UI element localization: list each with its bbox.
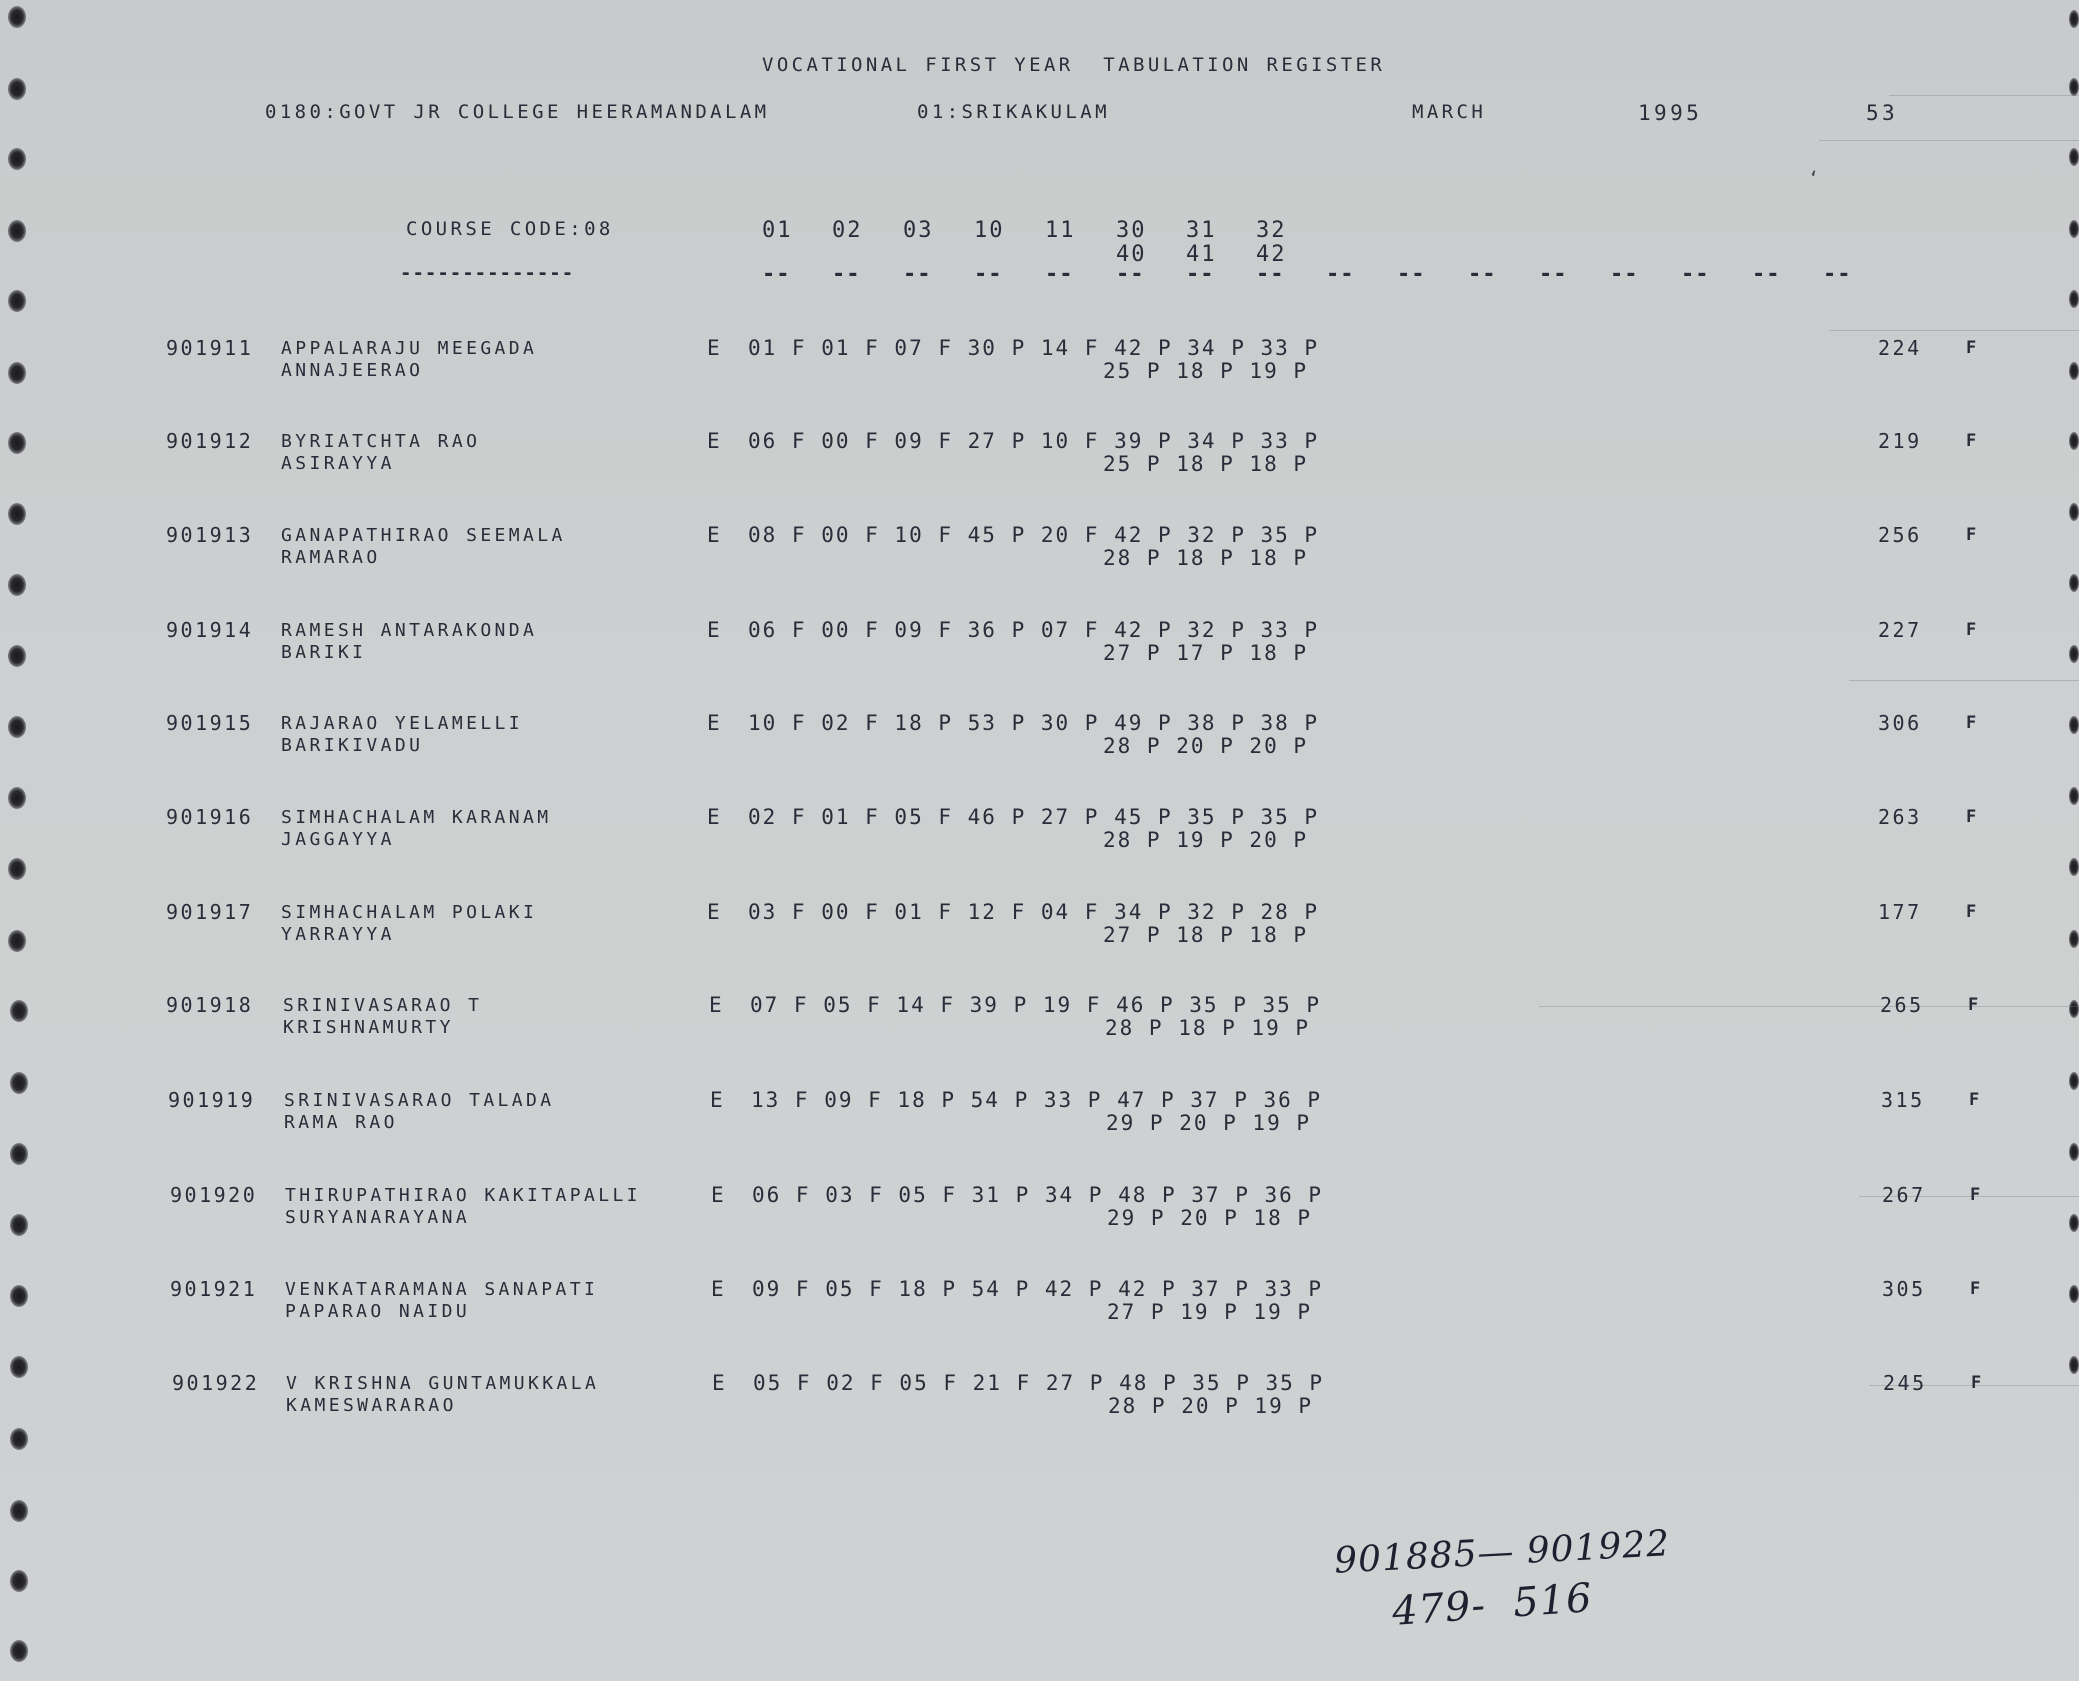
student-row: 901915 RAJARAO YELAMELLI BARIKIVADU E 10… [0, 711, 2079, 771]
marks-line-1: 13 F 09 F 18 P 54 P 33 P 47 P 37 P 36 P [751, 1088, 1322, 1112]
ruled-line [1829, 330, 2079, 331]
marks-line-1: 08 F 00 F 10 F 45 P 20 F 42 P 32 P 35 P [748, 523, 1319, 547]
column-dash: -- [1468, 262, 1497, 287]
feed-hole [2069, 78, 2079, 96]
student-row: 901919 SRINIVASARAO TALADA RAMA RAO E 13… [0, 1088, 2079, 1148]
father-name: JAGGAYYA [281, 829, 395, 850]
column-dash: -- [1116, 262, 1145, 287]
student-name: SIMHACHALAM KARANAM [281, 807, 552, 828]
marks-line-1: 06 F 00 F 09 F 36 P 07 F 42 P 32 P 33 P [748, 618, 1319, 642]
marks-line-2: 28 P 20 P 20 P [1103, 734, 1308, 758]
register-number: 901912 [166, 429, 253, 453]
register-number: 901917 [166, 900, 253, 924]
feed-hole [10, 1428, 28, 1450]
student-row: 901921 VENKATARAMANA SANAPATI PAPARAO NA… [0, 1277, 2079, 1337]
register-number: 901913 [166, 523, 253, 547]
feed-hole [2069, 148, 2079, 166]
medium: E [707, 805, 722, 829]
report-title: VOCATIONAL FIRST YEAR TABULATION REGISTE… [762, 54, 1385, 76]
medium: E [709, 993, 724, 1017]
feed-hole [8, 148, 26, 170]
medium: E [707, 523, 722, 547]
handwritten-range-serial: 479- 516 [1391, 1575, 1594, 1635]
student-row: 901918 SRINIVASARAO T KRISHNAMURTY E 07 … [0, 993, 2079, 1053]
page-number: 53 [1866, 101, 1898, 125]
medium: E [712, 1371, 727, 1395]
result: F [1970, 1279, 1980, 1299]
father-name: RAMARAO [281, 547, 381, 568]
pen-mark: ‘ [1808, 168, 1819, 189]
register-number: 901920 [170, 1183, 257, 1207]
subject-code: 03 [903, 218, 934, 243]
feed-hole [8, 503, 26, 525]
register-number: 901916 [166, 805, 253, 829]
marks-line-1: 10 F 02 F 18 P 53 P 30 P 49 P 38 P 38 P [748, 711, 1319, 735]
register-number: 901919 [168, 1088, 255, 1112]
result: F [1966, 525, 1976, 545]
result: F [1966, 713, 1976, 733]
total-marks: 265 [1880, 993, 1924, 1017]
feed-hole [2069, 10, 2079, 28]
column-dash: -- [1186, 262, 1215, 287]
father-name: PAPARAO NAIDU [285, 1301, 470, 1322]
register-number: 901918 [166, 993, 253, 1017]
column-dash: -- [1256, 262, 1285, 287]
subject-code: 02 [832, 218, 863, 243]
marks-line-1: 06 F 03 F 05 F 31 P 34 P 48 P 37 P 36 P [752, 1183, 1323, 1207]
subject-code: 30 [1116, 218, 1147, 243]
feed-hole [8, 78, 26, 100]
subject-code: 01 [762, 218, 793, 243]
district-name: 01:SRIKAKULAM [917, 101, 1110, 123]
feed-hole [10, 1500, 28, 1522]
total-marks: 224 [1878, 336, 1922, 360]
register-number: 901911 [166, 336, 253, 360]
total-marks: 256 [1878, 523, 1922, 547]
marks-line-1: 03 F 00 F 01 F 12 F 04 F 34 P 32 P 28 P [748, 900, 1319, 924]
register-number: 901914 [166, 618, 253, 642]
column-dash: -- [1823, 262, 1852, 287]
marks-line-2: 25 P 18 P 19 P [1103, 359, 1308, 383]
total-marks: 245 [1883, 1371, 1927, 1395]
marks-line-1: 05 F 02 F 05 F 21 F 27 P 48 P 35 P 35 P [753, 1371, 1324, 1395]
student-name: RAJARAO YELAMELLI [281, 713, 523, 734]
marks-line-1: 06 F 00 F 09 F 27 P 10 F 39 P 34 P 33 P [748, 429, 1319, 453]
student-name: SRINIVASARAO T [283, 995, 482, 1016]
total-marks: 177 [1878, 900, 1922, 924]
father-name: ASIRAYYA [281, 453, 395, 474]
father-name: KAMESWARARAO [286, 1395, 457, 1416]
feed-hole [8, 6, 26, 28]
subject-code: 11 [1045, 218, 1076, 243]
result: F [1966, 807, 1976, 827]
student-row: 901914 RAMESH ANTARAKONDA BARIKI E 06 F … [0, 618, 2079, 678]
register-number: 901915 [166, 711, 253, 735]
register-number: 901922 [172, 1371, 259, 1395]
student-name: GANAPATHIRAO SEEMALA [281, 525, 566, 546]
marks-line-1: 09 F 05 F 18 P 54 P 42 P 42 P 37 P 33 P [752, 1277, 1323, 1301]
total-marks: 263 [1878, 805, 1922, 829]
medium: E [711, 1277, 726, 1301]
total-marks: 227 [1878, 618, 1922, 642]
column-dash: -- [762, 262, 791, 287]
marks-line-2: 29 P 20 P 18 P [1107, 1206, 1312, 1230]
medium: E [707, 711, 722, 735]
result: F [1970, 1185, 1980, 1205]
student-name: SRINIVASARAO TALADA [284, 1090, 555, 1111]
column-dash: -- [974, 262, 1003, 287]
father-name: ANNAJEERAO [281, 360, 423, 381]
marks-line-2: 28 P 19 P 20 P [1103, 828, 1308, 852]
father-name: BARIKI [281, 642, 366, 663]
marks-line-2: 25 P 18 P 18 P [1103, 452, 1308, 476]
medium: E [707, 618, 722, 642]
student-row: 901920 THIRUPATHIRAO KAKITAPALLI SURYANA… [0, 1183, 2079, 1243]
subject-code: 10 [974, 218, 1005, 243]
feed-hole [2069, 220, 2079, 238]
medium: E [711, 1183, 726, 1207]
ruled-line [1819, 140, 2079, 141]
handwritten-range-regno: 901885— 901922 [1333, 1523, 1671, 1582]
student-row: 901916 SIMHACHALAM KARANAM JAGGAYYA E 02… [0, 805, 2079, 865]
ruled-line [1889, 95, 2079, 96]
student-name: V KRISHNA GUNTAMUKKALA [286, 1373, 599, 1394]
father-name: RAMA RAO [284, 1112, 398, 1133]
course-code-label: COURSE CODE:08 [406, 218, 614, 240]
marks-line-2: 28 P 20 P 19 P [1108, 1394, 1313, 1418]
father-name: YARRAYYA [281, 924, 395, 945]
college-name: 0180:GOVT JR COLLEGE HEERAMANDALAM [265, 101, 770, 123]
marks-line-2: 28 P 18 P 19 P [1105, 1016, 1310, 1040]
total-marks: 306 [1878, 711, 1922, 735]
marks-line-2: 27 P 18 P 18 P [1103, 923, 1308, 947]
result: F [1966, 431, 1976, 451]
student-name: BYRIATCHTA RAO [281, 431, 480, 452]
exam-year: 1995 [1638, 101, 1702, 125]
result: F [1966, 338, 1976, 358]
result: F [1966, 620, 1976, 640]
column-dash: -- [1539, 262, 1568, 287]
marks-line-2: 28 P 18 P 18 P [1103, 546, 1308, 570]
medium: E [707, 429, 722, 453]
feed-hole [10, 1570, 28, 1592]
feed-hole [10, 1640, 28, 1662]
student-name: RAMESH ANTARAKONDA [281, 620, 537, 641]
total-marks: 219 [1878, 429, 1922, 453]
medium: E [710, 1088, 725, 1112]
register-number: 901921 [170, 1277, 257, 1301]
marks-line-1: 01 F 01 F 07 F 30 P 14 F 42 P 34 P 33 P [748, 336, 1319, 360]
column-dash: -- [1397, 262, 1426, 287]
result: F [1969, 1090, 1979, 1110]
student-row: 901917 SIMHACHALAM POLAKI YARRAYYA E 03 … [0, 900, 2079, 960]
student-name: SIMHACHALAM POLAKI [281, 902, 537, 923]
feed-hole [8, 220, 26, 242]
column-dash: -- [1752, 262, 1781, 287]
course-code-underline: -------------- [400, 262, 574, 284]
total-marks: 305 [1882, 1277, 1926, 1301]
father-name: KRISHNAMURTY [283, 1017, 454, 1038]
student-name: THIRUPATHIRAO KAKITAPALLI [285, 1185, 641, 1206]
column-dash: -- [1045, 262, 1074, 287]
marks-line-2: 27 P 19 P 19 P [1107, 1300, 1312, 1324]
marks-line-1: 02 F 01 F 05 F 46 P 27 P 45 P 35 P 35 P [748, 805, 1319, 829]
column-dash: -- [1681, 262, 1710, 287]
column-dash: -- [1326, 262, 1355, 287]
feed-hole [2069, 503, 2079, 521]
column-dash: -- [832, 262, 861, 287]
marks-line-1: 07 F 05 F 14 F 39 P 19 F 46 P 35 P 35 P [750, 993, 1321, 1017]
student-row: 901912 BYRIATCHTA RAO ASIRAYYA E 06 F 00… [0, 429, 2079, 489]
total-marks: 315 [1881, 1088, 1925, 1112]
result: F [1968, 995, 1978, 1015]
feed-hole [2069, 290, 2079, 308]
student-row: 901911 APPALARAJU MEEGADA ANNAJEERAO E 0… [0, 336, 2079, 396]
feed-hole [8, 290, 26, 312]
result: F [1971, 1373, 1981, 1393]
tabulation-register-page: VOCATIONAL FIRST YEAR TABULATION REGISTE… [0, 0, 2079, 1681]
medium: E [707, 336, 722, 360]
total-marks: 267 [1882, 1183, 1926, 1207]
exam-month: MARCH [1412, 101, 1486, 123]
ruled-line [1849, 680, 2079, 681]
father-name: SURYANARAYANA [285, 1207, 470, 1228]
student-row: 901922 V KRISHNA GUNTAMUKKALA KAMESWARAR… [0, 1371, 2079, 1431]
subject-code: 31 [1186, 218, 1217, 243]
column-dash: -- [903, 262, 932, 287]
student-name: VENKATARAMANA SANAPATI [285, 1279, 598, 1300]
marks-line-2: 27 P 17 P 18 P [1103, 641, 1308, 665]
feed-hole [2069, 787, 2079, 805]
medium: E [707, 900, 722, 924]
column-dash: -- [1610, 262, 1639, 287]
subject-code: 32 [1256, 218, 1287, 243]
marks-line-2: 29 P 20 P 19 P [1106, 1111, 1311, 1135]
father-name: BARIKIVADU [281, 735, 423, 756]
student-row: 901913 GANAPATHIRAO SEEMALA RAMARAO E 08… [0, 523, 2079, 583]
student-name: APPALARAJU MEEGADA [281, 338, 537, 359]
result: F [1966, 902, 1976, 922]
